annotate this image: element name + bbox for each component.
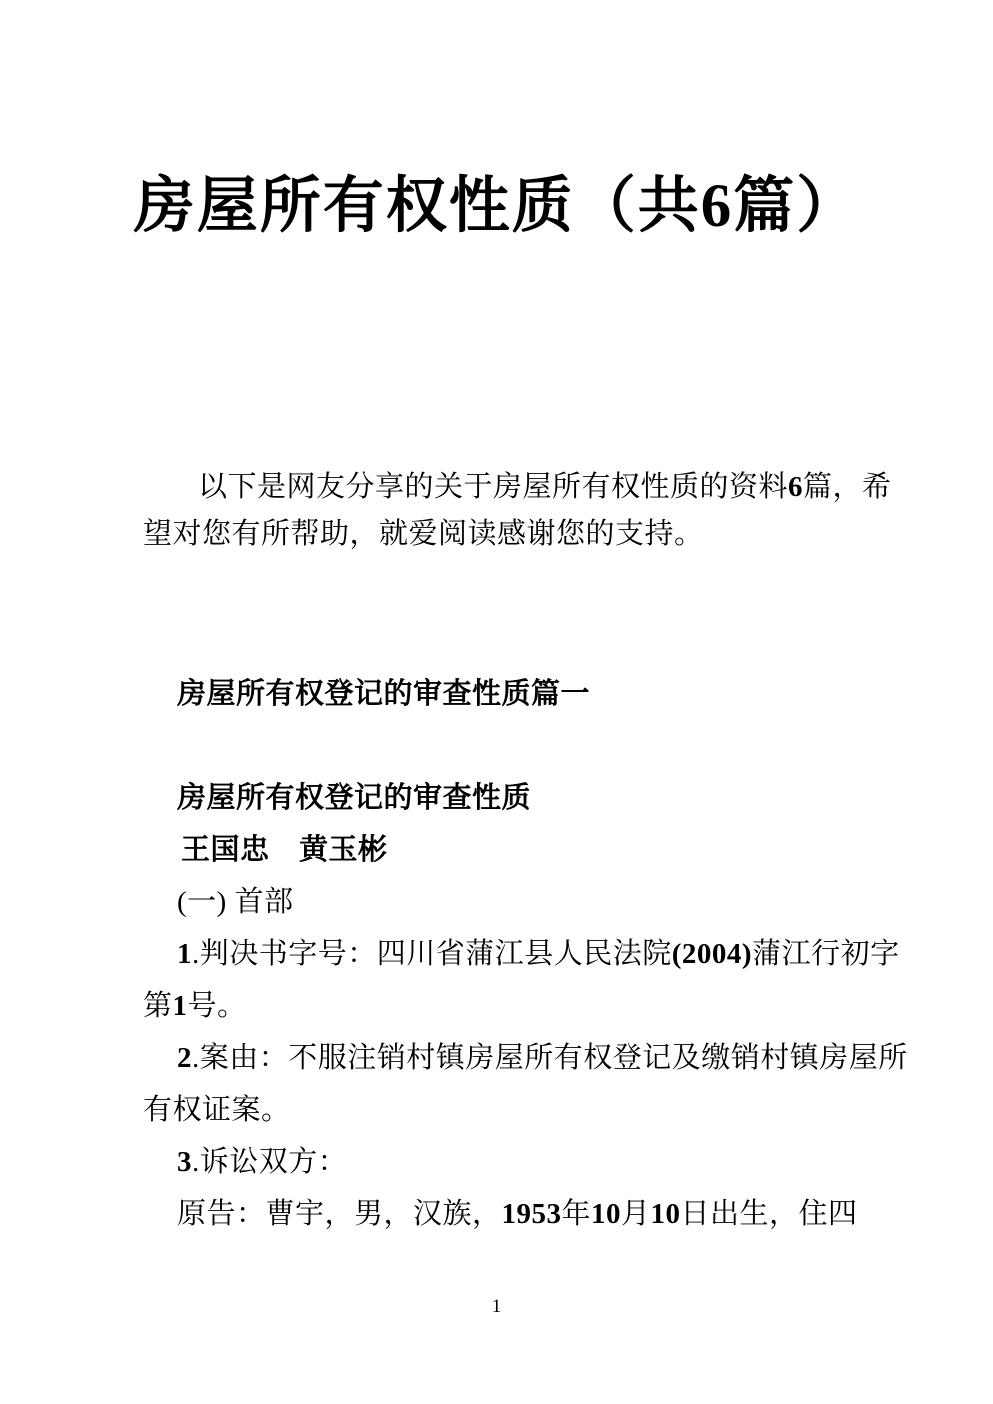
judgment-number-line-2: 第1号。 <box>143 980 859 1032</box>
document-title: 房屋所有权性质（共6篇） <box>0 172 993 242</box>
page-number: 1 <box>0 1296 993 1319</box>
document-page: 房屋所有权性质（共6篇） 以下是网友分享的关于房屋所有权性质的资料6篇，希 望对… <box>0 0 993 1404</box>
case-cause-line-2: 有权证案。 <box>143 1084 859 1136</box>
judgment-number-line-1: 1.判决书字号：四川省蒲江县人民法院(2004)蒲江行初字 <box>143 928 859 980</box>
intro-line-2: 望对您有所帮助，就爱阅读感谢您的支持。 <box>143 511 859 558</box>
part-one-heading: (一) 首部 <box>143 876 859 928</box>
intro-paragraph: 以下是网友分享的关于房屋所有权性质的资料6篇，希 望对您有所帮助，就爱阅读感谢您… <box>143 464 859 558</box>
article-subtitle: 房屋所有权登记的审查性质 <box>143 772 859 824</box>
case-cause-line-1: 2.案由：不服注销村镇房屋所有权登记及缴销村镇房屋所 <box>143 1032 859 1084</box>
litigants-line: 3.诉讼双方： <box>143 1136 859 1188</box>
blank-line <box>143 720 859 772</box>
plaintiff-line: 原告：曹宇，男，汉族，1953年10月10日出生，住四 <box>143 1188 859 1240</box>
article-body: 房屋所有权登记的审查性质篇一 房屋所有权登记的审查性质 王国忠 黄玉彬 (一) … <box>143 668 859 1240</box>
authors-line: 王国忠 黄玉彬 <box>143 824 859 876</box>
intro-line-1: 以下是网友分享的关于房屋所有权性质的资料6篇，希 <box>143 464 859 511</box>
section-heading: 房屋所有权登记的审查性质篇一 <box>143 668 859 720</box>
